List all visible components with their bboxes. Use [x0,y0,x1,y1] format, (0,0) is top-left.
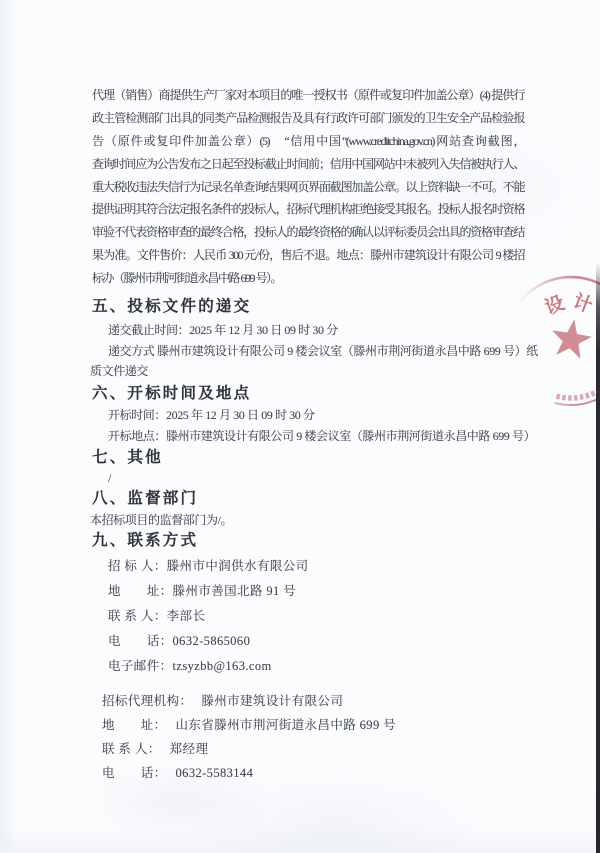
contact-label: 地 址： [102,718,167,732]
section-line: 开标时间：2025 年 12 月 30 日 09 时 30 分 [108,405,532,426]
section-supervision: 八、监督部门 本招标项目的监督部门为/。 [92,488,532,530]
contact-row: 电 话：0632-5865060 [108,629,532,654]
star-icon [549,316,594,360]
section-heading: 八、监督部门 [92,488,532,510]
para-line: 代理（销售）商提供生产厂家对本项目的唯一授权书（原件或复印件加盖公章）(4) 提… [92,84,524,107]
contact-value: 郑经理 [170,742,209,756]
contact-label: 地 址： [108,584,173,598]
contact-label: 电子邮件： [108,659,173,673]
section-contact: 九、联系方式 招 标 人：滕州市中润供水有限公司 地 址：滕州市善国北路 91 … [92,530,532,785]
contact-label: 联 系 人： [108,609,167,623]
contact-row: 电 话：0632-5583144 [102,761,532,785]
section-line: 质文件递交 [90,362,532,381]
contact-row: 电子邮件：tzsyzbb@163.com [108,654,532,679]
seal-bottom-text-arc [557,378,600,398]
tenderer-contact-block: 招 标 人：滕州市中润供水有限公司 地 址：滕州市善国北路 91 号 联 系 人… [92,554,532,679]
section-heading: 九、联系方式 [92,530,532,552]
para-line: 查询时间应为公告发布之日起至投标截止时间前；信用中国网站中未被列入失信被执行人、 [92,153,524,176]
contact-row: 招 标 人：滕州市中润供水有限公司 [108,554,532,579]
company-seal-stamp: 设计 [496,267,600,427]
para-line: 果为准。文件售价：人民币 300 元/份，售后不退。地点：滕州市建筑设计有限公司… [92,244,524,267]
section-submission: 五、投标文件的递交 递交截止时间：2025 年 12 月 30 日 09 时 3… [92,296,532,381]
contact-label: 电 话： [102,766,167,780]
agency-contact-block: 招标代理机构：滕州市建筑设计有限公司 地 址：山东省滕州市荆河街道永昌中路 69… [92,689,532,785]
contact-label: 电 话： [108,634,173,648]
contact-label: 招 标 人： [108,559,167,573]
section-heading: 五、投标文件的递交 [92,296,532,318]
contact-row: 联 系 人：李部长 [108,604,532,629]
para-line: 标办（滕州市荆河街道永昌中路 699 号）。 [92,267,524,290]
para-line: 审验不代表资格审查的最终合格，投标人的最终资格的确认以评标委员会出具的资格审查结 [92,221,524,244]
para-line: 重大税收违法失信行为记录名单查询结果网页界面截图加盖公章。以上资料缺一不可。不能 [92,176,524,199]
section-other: 七、其他 / [92,447,532,488]
contact-label: 招标代理机构： [102,694,192,708]
contact-value: tzsyzbb@163.com [173,659,272,673]
contact-value: 滕州市善国北路 91 号 [173,584,297,598]
section-bid-opening: 六、开标时间及地点 开标时间：2025 年 12 月 30 日 09 时 30 … [92,383,532,447]
contact-value: 滕州市中润供水有限公司 [167,559,309,573]
contact-value: 0632-5865060 [173,634,251,648]
contact-row: 地 址：山东省滕州市荆河街道永昌中路 699 号 [102,713,532,737]
contact-value: 0632-5583144 [176,766,254,780]
document-content: 代理（销售）商提供生产厂家对本项目的唯一授权书（原件或复印件加盖公章）(4) 提… [92,84,532,785]
contact-value: 李部长 [167,609,206,623]
contact-row: 招标代理机构：滕州市建筑设计有限公司 [102,689,532,713]
section-line: 递交方式 滕州市建筑设计有限公司 9 楼会议室（滕州市荆河街道永昌中路 699 … [108,341,532,362]
section-line: 递交截止时间：2025 年 12 月 30 日 09 时 30 分 [108,320,532,341]
section-line: / [108,469,532,488]
section-heading: 七、其他 [92,447,532,469]
contact-value: 山东省滕州市荆河街道永昌中路 699 号 [176,718,397,732]
para-line: 政主管检测部门出具的同类产品检测报告及具有行政许可部门颁发的卫生安全产品检验报 [92,107,524,130]
contact-row: 地 址：滕州市善国北路 91 号 [108,579,532,604]
contact-row: 联 系 人：郑经理 [102,737,532,761]
seal-text: 设计 [542,289,600,319]
contact-value: 滕州市建筑设计有限公司 [201,694,343,708]
contact-label: 联 系 人： [102,742,161,756]
scan-edge-line [596,262,600,853]
document-page: 代理（销售）商提供生产厂家对本项目的唯一授权书（原件或复印件加盖公章）(4) 提… [0,0,600,853]
body-paragraph: 代理（销售）商提供生产厂家对本项目的唯一授权书（原件或复印件加盖公章）(4) 提… [92,84,532,290]
para-line: 提供证明其符合法定报名条件的投标人，招标代理机构拒绝接受其报名。投标人报名时资格 [92,198,524,221]
section-line: 开标地点：滕州市建筑设计有限公司 9 楼会议室（滕州市荆河街道永昌中路 699 … [108,426,532,447]
section-heading: 六、开标时间及地点 [92,383,532,405]
para-line: 告（原件或复印件加盖公章）(5) “信用中国”(www.creditchina.… [92,130,524,153]
section-line: 本招标项目的监督部门为/。 [90,510,532,530]
